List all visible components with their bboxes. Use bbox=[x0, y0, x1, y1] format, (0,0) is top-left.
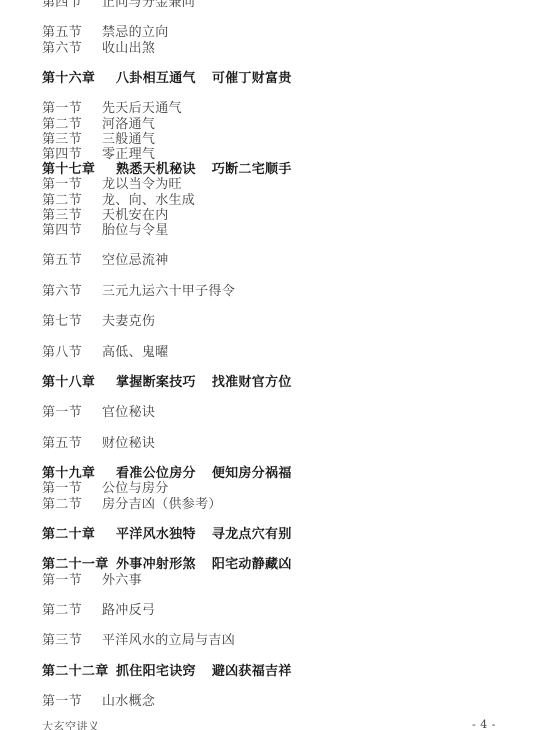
footer-page-number: - 4 - bbox=[472, 718, 496, 730]
toc-entry: 第一节外六事 bbox=[42, 573, 537, 588]
entry-title-part2: 阳宅动静藏凶 bbox=[212, 557, 292, 572]
entry-title: 抓住阳宅诀窍 bbox=[116, 664, 196, 679]
entry-title: 胎位与令星 bbox=[102, 223, 169, 238]
entry-label: 第五节 bbox=[42, 436, 102, 451]
entry-label: 第六节 bbox=[42, 284, 102, 299]
entry-title: 房分吉凶（供参考） bbox=[102, 497, 222, 512]
toc-entry: 第四节正向与分金兼向 bbox=[42, 0, 537, 10]
entry-title: 正向与分金兼向 bbox=[102, 0, 195, 10]
entry-title: 空位忌流神 bbox=[102, 253, 169, 268]
toc-list: 第四节正向与分金兼向 第五节禁忌的立向 第六节收山出煞 第十六章八卦相互通气可催… bbox=[42, 0, 537, 709]
entry-title: 公位与房分 bbox=[102, 481, 169, 496]
entry-label: 第六节 bbox=[42, 41, 102, 56]
entry-label: 第二节 bbox=[42, 497, 102, 512]
toc-entry: 第一节官位秘诀 bbox=[42, 405, 537, 420]
entry-title: 平洋风水的立局与吉凶 bbox=[102, 633, 235, 648]
entry-title-part2: 寻龙点穴有别 bbox=[212, 527, 292, 542]
entry-label: 第一节 bbox=[42, 177, 102, 192]
entry-title: 先天后天通气 bbox=[102, 101, 182, 116]
entry-label: 第三节 bbox=[42, 633, 102, 648]
entry-label: 第三节 bbox=[42, 132, 102, 147]
entry-label: 第十六章 bbox=[42, 71, 116, 86]
entry-label: 第三节 bbox=[42, 208, 102, 223]
entry-label: 第十八章 bbox=[42, 375, 116, 390]
entry-title: 官位秘诀 bbox=[102, 405, 155, 420]
toc-entry: 第二节路冲反弓 bbox=[42, 603, 537, 618]
toc-entry: 第二节河洛通气 bbox=[42, 117, 537, 132]
entry-title: 平洋风水独特 bbox=[116, 527, 196, 542]
entry-title: 高低、鬼曜 bbox=[102, 345, 169, 360]
entry-label: 第四节 bbox=[42, 147, 102, 162]
entry-title-part2: 避凶获福吉祥 bbox=[212, 664, 292, 679]
entry-title: 龙以当令为旺 bbox=[102, 177, 182, 192]
entry-label: 第二节 bbox=[42, 193, 102, 208]
toc-entry: 第三节天机安在内 bbox=[42, 208, 537, 223]
toc-chapter-entry: 第二十章平洋风水独特寻龙点穴有别 bbox=[42, 527, 537, 542]
toc-chapter-entry: 第十八章掌握断案技巧找准财官方位 bbox=[42, 375, 537, 390]
entry-title-part2: 可催丁财富贵 bbox=[212, 71, 292, 86]
entry-title: 山水概念 bbox=[102, 694, 155, 709]
entry-title: 收山出煞 bbox=[102, 41, 155, 56]
toc-entry: 第四节零正理气 bbox=[42, 147, 537, 162]
entry-label: 第五节 bbox=[42, 25, 102, 40]
toc-chapter-entry: 第十六章八卦相互通气可催丁财富贵 bbox=[42, 71, 537, 86]
document-page: 第四节正向与分金兼向 第五节禁忌的立向 第六节收山出煞 第十六章八卦相互通气可催… bbox=[0, 0, 551, 730]
entry-title: 三般通气 bbox=[102, 132, 155, 147]
toc-entry: 第二节龙、向、水生成 bbox=[42, 193, 537, 208]
entry-title-part2: 便知房分祸福 bbox=[212, 466, 292, 481]
entry-title: 看准公位房分 bbox=[116, 466, 196, 481]
toc-chapter-entry: 第十七章熟悉天机秘诀巧断二宅顺手 bbox=[42, 162, 537, 177]
toc-entry: 第一节山水概念 bbox=[42, 694, 537, 709]
toc-chapter-entry: 第二十二章抓住阳宅诀窍避凶获福吉祥 bbox=[42, 664, 537, 679]
entry-label: 第一节 bbox=[42, 573, 102, 588]
entry-label: 第二十章 bbox=[42, 527, 116, 542]
toc-entry: 第八节高低、鬼曜 bbox=[42, 345, 537, 360]
toc-entry: 第一节公位与房分 bbox=[42, 481, 537, 496]
page-footer: 大玄空讲义 - 4 - bbox=[0, 716, 551, 730]
toc-chapter-entry: 第二十一章外事冲射形煞阳宅动静藏凶 bbox=[42, 557, 537, 572]
entry-title-part2: 巧断二宅顺手 bbox=[212, 162, 292, 177]
entry-title: 财位秘诀 bbox=[102, 436, 155, 451]
entry-label: 第一节 bbox=[42, 694, 102, 709]
footer-book-title: 大玄空讲义 bbox=[42, 718, 100, 730]
entry-label: 第二十二章 bbox=[42, 664, 116, 679]
entry-label: 第五节 bbox=[42, 253, 102, 268]
entry-title: 天机安在内 bbox=[102, 208, 169, 223]
entry-label: 第一节 bbox=[42, 405, 102, 420]
entry-title: 掌握断案技巧 bbox=[116, 375, 196, 390]
entry-label: 第二十一章 bbox=[42, 557, 116, 572]
entry-label: 第二节 bbox=[42, 603, 102, 618]
entry-title: 龙、向、水生成 bbox=[102, 193, 195, 208]
entry-title: 河洛通气 bbox=[102, 117, 155, 132]
toc-entry: 第三节三般通气 bbox=[42, 132, 537, 147]
toc-entry: 第五节财位秘诀 bbox=[42, 436, 537, 451]
toc-chapter-entry: 第十九章看准公位房分便知房分祸福 bbox=[42, 466, 537, 481]
toc-entry: 第六节收山出煞 bbox=[42, 41, 537, 56]
entry-label: 第一节 bbox=[42, 101, 102, 116]
entry-title: 熟悉天机秘诀 bbox=[116, 162, 196, 177]
entry-label: 第八节 bbox=[42, 345, 102, 360]
toc-entry: 第二节房分吉凶（供参考） bbox=[42, 497, 537, 512]
toc-entry: 第六节三元九运六十甲子得令 bbox=[42, 284, 537, 299]
entry-label: 第四节 bbox=[42, 0, 102, 10]
entry-title: 零正理气 bbox=[102, 147, 155, 162]
entry-title-part2: 找准财官方位 bbox=[212, 375, 292, 390]
entry-title: 夫妻克伤 bbox=[102, 314, 155, 329]
entry-title: 禁忌的立向 bbox=[102, 25, 169, 40]
entry-title: 三元九运六十甲子得令 bbox=[102, 284, 235, 299]
entry-label: 第一节 bbox=[42, 481, 102, 496]
entry-label: 第四节 bbox=[42, 223, 102, 238]
entry-label: 第十九章 bbox=[42, 466, 116, 481]
toc-entry: 第一节龙以当令为旺 bbox=[42, 177, 537, 192]
toc-entry: 第四节胎位与令星 bbox=[42, 223, 537, 238]
entry-title: 八卦相互通气 bbox=[116, 71, 196, 86]
toc-entry: 第一节先天后天通气 bbox=[42, 101, 537, 116]
entry-title: 外事冲射形煞 bbox=[116, 557, 196, 572]
entry-title: 外六事 bbox=[102, 573, 142, 588]
toc-entry: 第五节禁忌的立向 bbox=[42, 25, 537, 40]
toc-entry: 第七节夫妻克伤 bbox=[42, 314, 537, 329]
toc-entry: 第三节平洋风水的立局与吉凶 bbox=[42, 633, 537, 648]
entry-label: 第七节 bbox=[42, 314, 102, 329]
toc-entry: 第五节空位忌流神 bbox=[42, 253, 537, 268]
entry-label: 第十七章 bbox=[42, 162, 116, 177]
entry-title: 路冲反弓 bbox=[102, 603, 155, 618]
entry-label: 第二节 bbox=[42, 117, 102, 132]
